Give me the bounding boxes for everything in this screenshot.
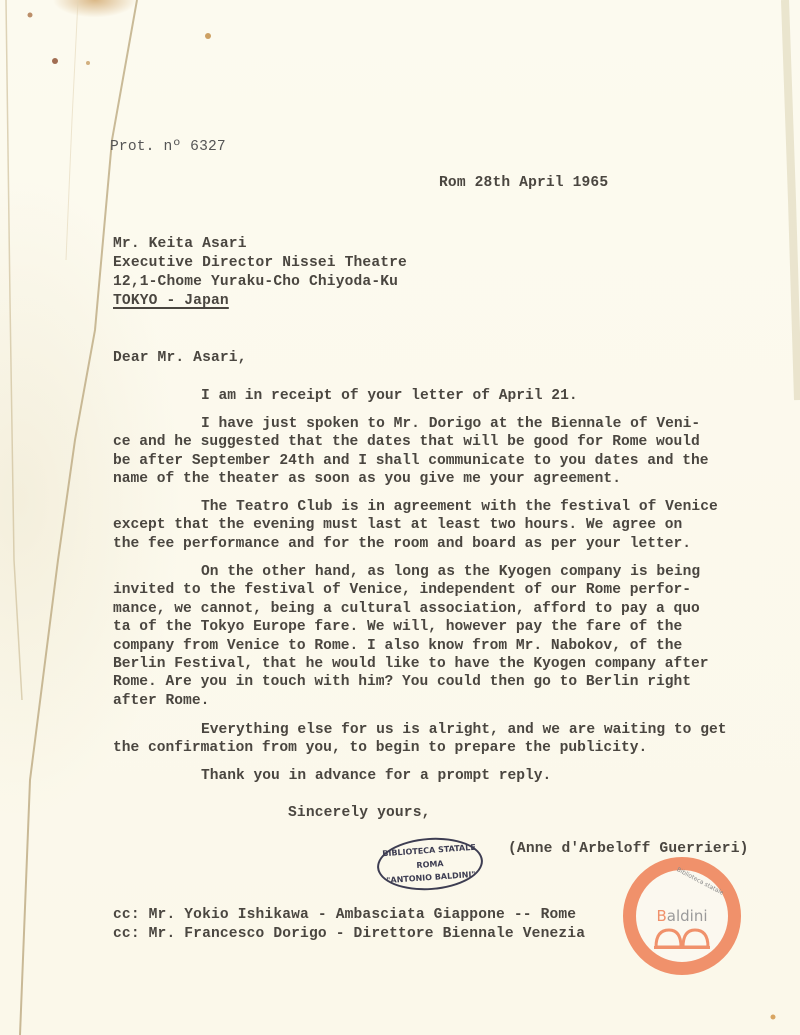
letter-date: Rom 28th April 1965 [439,174,608,193]
baldini-watermark-logo: Biblioteca statale Baldini [623,857,741,975]
closing: Sincerely yours, [288,804,431,823]
paragraph-biennale: I have just spoken to Mr. Dorigo at the … [113,415,783,489]
recipient-address: 12,1-Chome Yuraku-Cho Chiyoda-Ku [113,273,398,292]
open-book-icon [654,927,710,949]
watermark-name: Baldini [636,907,728,925]
cc-line: cc: Mr. Francesco Dorigo - Direttore Bie… [113,925,585,944]
paragraph-confirmation: Everything else for us is alright, and w… [113,721,783,758]
recipient-city: TOKYO - Japan [113,292,229,311]
paragraph-receipt: I am in receipt of your letter of April … [113,387,783,405]
signature: (Anne d'Arbeloff Guerrieri) [508,840,749,859]
protocol-number: Prot. nº 6327 [110,138,226,157]
paragraph-kyogen: On the other hand, as long as the Kyogen… [113,563,783,710]
salutation: Dear Mr. Asari, [113,349,247,368]
paragraph-teatro-club: The Teatro Club is in agreement with the… [113,498,783,553]
cc-line: cc: Mr. Yokio Ishikawa - Ambasciata Giap… [113,906,576,925]
paragraph-thanks: Thank you in advance for a prompt reply. [113,767,783,785]
watermark-small-text: Biblioteca statale [675,866,724,897]
recipient-title: Executive Director Nissei Theatre [113,254,407,273]
recipient-name: Mr. Keita Asari [113,235,247,254]
